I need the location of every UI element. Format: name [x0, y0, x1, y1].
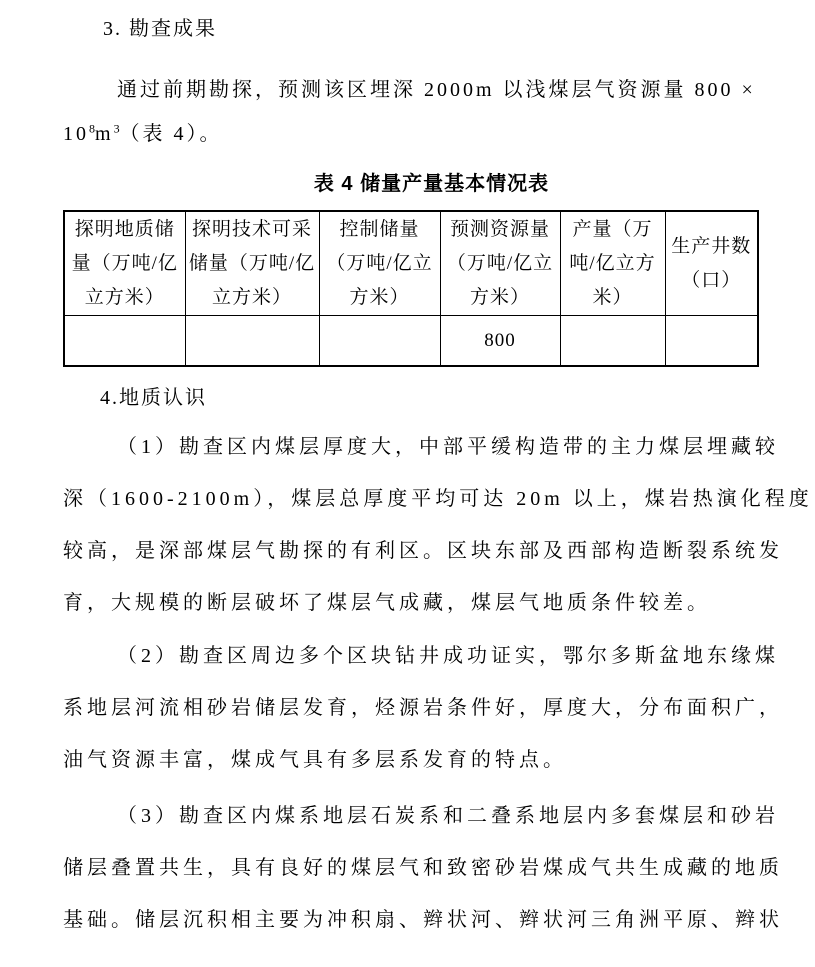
reserves-production-table: 探明地质储量（万吨/亿立方米） 探明技术可采储量（万吨/亿立方米） 控制储量（万… — [63, 210, 759, 367]
intro-line2-unit-m: m — [95, 123, 114, 145]
paragraph-3-line-2: 储层叠置共生，具有良好的煤层气和致密砂岩煤成气共生成藏的地质 — [63, 842, 800, 894]
paragraph-3-line-1: （3）勘查区内煤系地层石炭系和二叠系地层内多套煤层和砂岩 — [63, 790, 800, 842]
intro-line-2: 108m3（表 4）。 — [63, 112, 800, 156]
section4-heading: 4.地质认识 — [63, 383, 800, 413]
paragraph-1-line-2: 深（1600-2100m），煤层总厚度平均可达 20m 以上，煤岩热演化程度 — [63, 473, 800, 525]
document-content: 3. 勘查成果 通过前期勘探，预测该区埋深 2000m 以浅煤层气资源量 800… — [63, 14, 800, 946]
data-cell-predicted-resources: 800 — [440, 316, 560, 367]
table-header-row: 探明地质储量（万吨/亿立方米） 探明技术可采储量（万吨/亿立方米） 控制储量（万… — [64, 211, 758, 316]
intro-line2-rest: （表 4）。 — [120, 123, 223, 145]
intro-paragraph: 通过前期勘探，预测该区埋深 2000m 以浅煤层气资源量 800 × 108m3… — [63, 68, 800, 156]
table-data-row: 800 — [64, 316, 758, 367]
data-cell-production — [560, 316, 665, 367]
intro-line2-base-ten: 10 — [63, 123, 89, 145]
intro-line-1: 通过前期勘探，预测该区埋深 2000m 以浅煤层气资源量 800 × — [63, 68, 800, 112]
paragraph-1-line-1: （1）勘查区内煤层厚度大，中部平缓构造带的主力煤层埋藏较 — [63, 421, 800, 473]
header-cell-proven-recoverable-reserves: 探明技术可采储量（万吨/亿立方米） — [185, 211, 319, 316]
paragraph-1-line-4: 育，大规模的断层破坏了煤层气成藏，煤层气地质条件较差。 — [63, 577, 800, 629]
paragraph-2-line-1: （2）勘查区周边多个区块钻井成功证实，鄂尔多斯盆地东缘煤 — [63, 630, 800, 682]
table-caption: 表 4 储量产量基本情况表 — [63, 170, 800, 198]
paragraph-3-line-3: 基础。储层沉积相主要为冲积扇、辫状河、辫状河三角洲平原、辫状 — [63, 894, 800, 946]
data-cell-controlled-reserves — [319, 316, 440, 367]
geology-paragraph-2: （2）勘查区周边多个区块钻井成功证实，鄂尔多斯盆地东缘煤 系地层河流相砂岩储层发… — [63, 630, 800, 786]
paragraph-1-line-3: 较高，是深部煤层气勘探的有利区。区块东部及西部构造断裂系统发 — [63, 525, 800, 577]
paragraph-2-line-3: 油气资源丰富，煤成气具有多层系发育的特点。 — [63, 734, 800, 786]
document-page: 3. 勘查成果 通过前期勘探，预测该区埋深 2000m 以浅煤层气资源量 800… — [0, 0, 815, 967]
data-cell-proven-recoverable-reserves — [185, 316, 319, 367]
paragraph-2-line-2: 系地层河流相砂岩储层发育，烃源岩条件好，厚度大，分布面积广， — [63, 682, 800, 734]
header-cell-production-well-count: 生产井数（口） — [665, 211, 758, 316]
geology-paragraph-3: （3）勘查区内煤系地层石炭系和二叠系地层内多套煤层和砂岩 储层叠置共生，具有良好… — [63, 790, 800, 946]
header-cell-predicted-resources: 预测资源量（万吨/亿立方米） — [440, 211, 560, 316]
header-cell-proven-geological-reserves: 探明地质储量（万吨/亿立方米） — [64, 211, 185, 316]
data-cell-proven-geological-reserves — [64, 316, 185, 367]
geology-paragraph-1: （1）勘查区内煤层厚度大，中部平缓构造带的主力煤层埋藏较 深（1600-2100… — [63, 421, 800, 629]
header-cell-production: 产量（万吨/亿立方米） — [560, 211, 665, 316]
header-cell-controlled-reserves: 控制储量（万吨/亿立方米） — [319, 211, 440, 316]
data-cell-production-well-count — [665, 316, 758, 367]
section3-heading: 3. 勘查成果 — [63, 14, 800, 44]
